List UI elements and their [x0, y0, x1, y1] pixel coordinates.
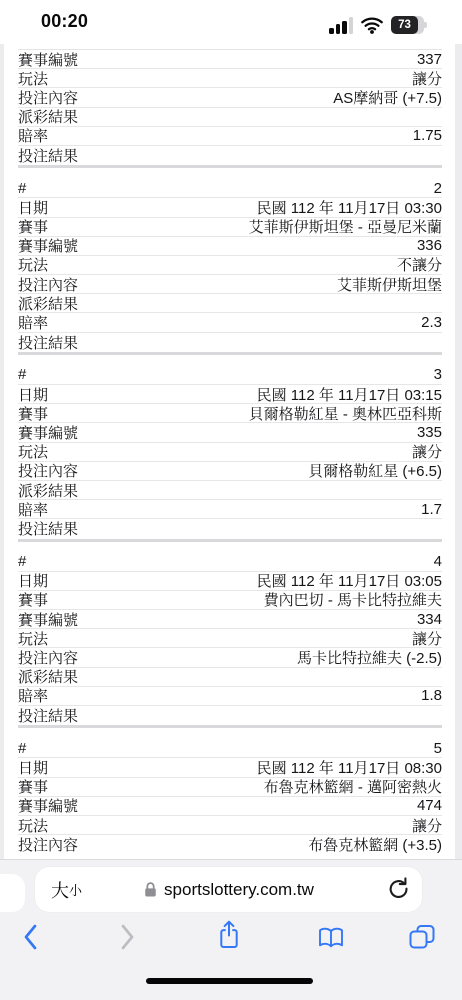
row-label: 日期: [18, 570, 48, 591]
battery-percent: 73: [398, 19, 411, 31]
bet-record: # 3 日期 民國 112 年 11月17日 03:15 賽事 貝爾格勒紅星 -…: [18, 366, 442, 539]
home-indicator[interactable]: [146, 978, 313, 984]
record-separator: [18, 352, 442, 355]
record-row: 賠率 1.7: [18, 500, 442, 519]
row-value: 334: [417, 611, 442, 628]
bet-record: 賽事編號 337 玩法 讓分 投注內容 AS摩納哥 (+7.5) 派彩結果 賠率…: [18, 49, 442, 165]
share-button[interactable]: [217, 920, 241, 951]
record-row: 投注內容 馬卡比特拉維夫 (-2.5): [18, 648, 442, 667]
row-label: 投注內容: [18, 460, 78, 481]
record-row: 賠率 2.3: [18, 313, 442, 332]
record-row: 投注結果: [18, 146, 442, 165]
row-value: 2.3: [421, 314, 442, 331]
row-label: 投注內容: [18, 87, 78, 108]
row-label: 賠率: [18, 499, 48, 520]
record-row: 賽事 布魯克林籃網 - 邁阿密熱火: [18, 778, 442, 797]
tabs-button[interactable]: [408, 924, 436, 950]
row-value: 布魯克林籃網 - 邁阿密熱火: [264, 776, 442, 797]
status-bar: 00:20 73: [0, 0, 462, 44]
row-label: 派彩結果: [18, 666, 78, 687]
row-label: 投注結果: [18, 332, 78, 353]
row-label: 投注內容: [18, 834, 78, 855]
row-value: AS摩納哥 (+7.5): [333, 87, 442, 108]
row-label: 賽事: [18, 589, 48, 610]
row-label: #: [18, 366, 26, 383]
record-row: 賽事編號 334: [18, 610, 442, 629]
row-value: 讓分: [412, 68, 442, 89]
url-display: sportslottery.com.tw: [35, 867, 422, 912]
row-value: 335: [417, 424, 442, 441]
record-row: # 4: [18, 553, 442, 572]
record-row: 日期 民國 112 年 11月17日 03:15: [18, 385, 442, 404]
record-row: 投注結果: [18, 333, 442, 352]
row-value: 1.75: [413, 127, 442, 144]
row-value: 不讓分: [397, 254, 442, 275]
record-row: 投注內容 AS摩納哥 (+7.5): [18, 88, 442, 107]
row-value: 336: [417, 237, 442, 254]
row-value: 艾菲斯伊斯坦堡 - 亞曼尼米蘭: [249, 216, 442, 237]
webpage-viewport: 賽事編號 337 玩法 讓分 投注內容 AS摩納哥 (+7.5) 派彩結果 賠率…: [0, 44, 462, 860]
record-row: 玩法 讓分: [18, 443, 442, 462]
row-value: 1.7: [421, 501, 442, 518]
row-value: 474: [417, 797, 442, 814]
record-row: 賽事編號 474: [18, 797, 442, 816]
record-row: 日期 民國 112 年 11月17日 03:05: [18, 572, 442, 591]
iphone-safari-screen: 00:20 73 賽事編號 337 玩法 讓分: [0, 0, 462, 1000]
record-row: 投注內容 貝爾格勒紅星 (+6.5): [18, 462, 442, 481]
row-label: 玩法: [18, 628, 48, 649]
adjacent-tab-peek[interactable]: [0, 874, 25, 912]
row-value: 貝爾格勒紅星 - 奧林匹亞科斯: [249, 403, 442, 424]
row-value: 民國 112 年 11月17日 03:30: [257, 197, 442, 218]
row-value: 貝爾格勒紅星 (+6.5): [308, 460, 442, 481]
cellular-signal-icon: [329, 17, 353, 34]
row-value: 費內巴切 - 馬卡比特拉維夫: [264, 589, 442, 610]
record-row: 玩法 讓分: [18, 69, 442, 88]
battery-icon: 73: [391, 16, 428, 34]
record-row: # 3: [18, 366, 442, 385]
row-label: #: [18, 553, 26, 570]
record-row: 玩法 不讓分: [18, 256, 442, 275]
row-value: 馬卡比特拉維夫 (-2.5): [297, 647, 442, 668]
row-label: 賠率: [18, 312, 48, 333]
record-row: 賽事 貝爾格勒紅星 - 奧林匹亞科斯: [18, 404, 442, 423]
bet-record: # 2 日期 民國 112 年 11月17日 03:30 賽事 艾菲斯伊斯坦堡 …: [18, 179, 442, 352]
record-separator: [18, 725, 442, 728]
row-label: 賽事編號: [18, 235, 78, 256]
row-label: 賽事編號: [18, 609, 78, 630]
record-row: # 5: [18, 739, 442, 758]
record-separator: [18, 165, 442, 168]
row-value: 民國 112 年 11月17日 03:05: [257, 570, 442, 591]
row-label: 投注結果: [18, 145, 78, 166]
row-label: 派彩結果: [18, 480, 78, 501]
row-value: 2: [434, 180, 442, 197]
record-row: 派彩結果: [18, 108, 442, 127]
reload-button[interactable]: [385, 877, 410, 902]
record-row: 投注結果: [18, 519, 442, 538]
row-label: #: [18, 740, 26, 757]
row-label: 投注內容: [18, 274, 78, 295]
row-label: 賽事: [18, 403, 48, 424]
record-row: 派彩結果: [18, 481, 442, 500]
row-label: 玩法: [18, 254, 48, 275]
record-row: 玩法 讓分: [18, 816, 442, 835]
row-label: 賽事: [18, 776, 48, 797]
row-value: 布魯克林籃網 (+3.5): [308, 834, 442, 855]
forward-button[interactable]: [121, 924, 136, 950]
address-bar[interactable]: 大小 sportslottery.com.tw: [35, 867, 422, 912]
row-label: 派彩結果: [18, 106, 78, 127]
record-row: 玩法 讓分: [18, 629, 442, 648]
record-row: 賽事編號 337: [18, 50, 442, 69]
status-icons: 73: [329, 16, 428, 34]
row-label: 賽事: [18, 216, 48, 237]
record-separator: [18, 539, 442, 542]
row-label: 賠率: [18, 125, 48, 146]
back-button[interactable]: [23, 924, 38, 950]
record-row: 日期 民國 112 年 11月17日 03:30: [18, 198, 442, 217]
row-value: 民國 112 年 11月17日 08:30: [257, 757, 442, 778]
record-row: 派彩結果: [18, 294, 442, 313]
row-value: 民國 112 年 11月17日 03:15: [257, 384, 442, 405]
row-value: 3: [434, 366, 442, 383]
row-value: 1.8: [421, 687, 442, 704]
row-label: 日期: [18, 384, 48, 405]
bet-record: # 4 日期 民國 112 年 11月17日 03:05 賽事 費內巴切 - 馬…: [18, 553, 442, 726]
record-row: 投注內容 布魯克林籃網 (+3.5): [18, 835, 442, 854]
record-row: 賽事 費內巴切 - 馬卡比特拉維夫: [18, 591, 442, 610]
record-row: 賠率 1.75: [18, 127, 442, 146]
row-label: 賽事編號: [18, 422, 78, 443]
row-value: 337: [417, 51, 442, 68]
row-label: 派彩結果: [18, 293, 78, 314]
row-label: 投注內容: [18, 647, 78, 668]
row-value: 5: [434, 740, 442, 757]
lock-icon: [143, 881, 158, 898]
row-value: 讓分: [412, 441, 442, 462]
record-row: # 2: [18, 179, 442, 198]
row-label: 日期: [18, 197, 48, 218]
row-label: 賽事編號: [18, 795, 78, 816]
row-label: 玩法: [18, 815, 48, 836]
record-row: 日期 民國 112 年 11月17日 08:30: [18, 758, 442, 777]
row-label: 投注結果: [18, 705, 78, 726]
clock: 00:20: [41, 11, 88, 32]
row-label: 玩法: [18, 441, 48, 462]
row-label: #: [18, 180, 26, 197]
row-value: 讓分: [412, 628, 442, 649]
records-list: 賽事編號 337 玩法 讓分 投注內容 AS摩納哥 (+7.5) 派彩結果 賠率…: [4, 44, 455, 860]
row-label: 投注結果: [18, 518, 78, 539]
record-row: 派彩結果: [18, 668, 442, 687]
row-label: 日期: [18, 757, 48, 778]
wifi-icon: [360, 16, 384, 34]
record-row: 賽事 艾菲斯伊斯坦堡 - 亞曼尼米蘭: [18, 218, 442, 237]
url-domain: sportslottery.com.tw: [164, 880, 314, 900]
record-row: 投注結果: [18, 706, 442, 725]
bookmarks-button[interactable]: [317, 927, 345, 950]
row-label: 賽事編號: [18, 49, 78, 70]
safari-bottom-bar: 大小 sportslottery.com.tw: [0, 859, 462, 1000]
bet-record: # 5 日期 民國 112 年 11月17日 08:30 賽事 布魯克林籃網 -…: [18, 739, 442, 854]
row-value: 讓分: [412, 815, 442, 836]
row-value: 艾菲斯伊斯坦堡: [337, 274, 442, 295]
record-row: 投注內容 艾菲斯伊斯坦堡: [18, 275, 442, 294]
row-label: 賠率: [18, 685, 48, 706]
record-row: 賽事編號 335: [18, 423, 442, 442]
record-row: 賽事編號 336: [18, 237, 442, 256]
row-label: 玩法: [18, 68, 48, 89]
row-value: 4: [434, 553, 442, 570]
record-row: 賠率 1.8: [18, 687, 442, 706]
